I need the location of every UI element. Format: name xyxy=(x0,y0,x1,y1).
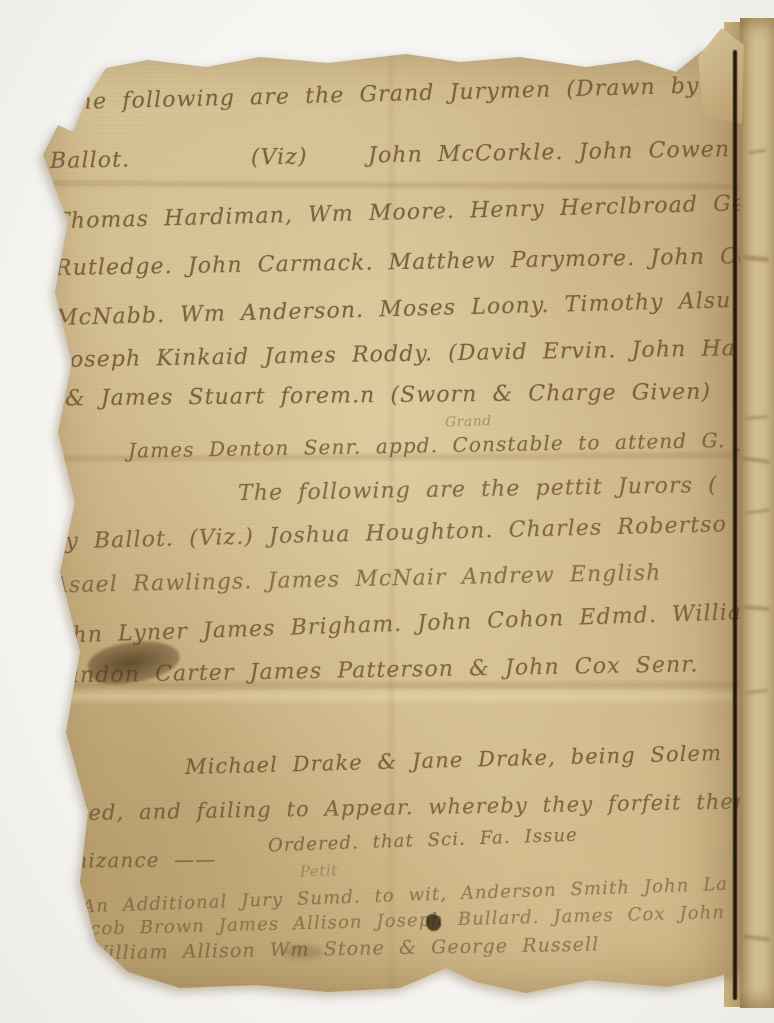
manuscript-line: = nizance —— xyxy=(42,847,217,873)
manuscript-line: The following are the pettit Jurors ( xyxy=(238,473,718,506)
faint-writing-mark xyxy=(746,689,768,694)
faint-writing-mark xyxy=(742,456,770,464)
manuscript-line: Called, and failing to Appear. whereby t… xyxy=(42,788,774,825)
manuscript-page-wrap: The following are the Grand Jurymen (Dra… xyxy=(28,30,740,1005)
fold-crease-highlight xyxy=(28,692,740,701)
paper-stain xyxy=(283,945,323,959)
binding-gutter xyxy=(733,50,737,1000)
fold-crease xyxy=(28,181,740,189)
manuscript-page: The following are the Grand Jurymen (Dra… xyxy=(28,30,740,1005)
manuscript-line: William Allison Wm Stone & George Russel… xyxy=(88,934,600,965)
manuscript-line: Thomas Hardiman, Wm Moore. Henry Herclbr… xyxy=(55,191,761,234)
manuscript-line: Michael Drake & Jane Drake, being Solem xyxy=(185,741,723,779)
facing-page xyxy=(740,18,774,1008)
faint-writing-mark xyxy=(743,934,770,941)
vertical-crease xyxy=(390,30,393,1005)
manuscript-line: Asael Rawlings. James McNair Andrew Engl… xyxy=(52,561,662,599)
faint-writing-mark xyxy=(745,415,769,420)
manuscript-line: Ordered. that Sci. Fa. Issue xyxy=(268,825,579,857)
manuscript-line: The following are the Grand Jurymen (Dra… xyxy=(62,74,700,116)
manuscript-line: & James Stuart forem.n (Sworn & Charge G… xyxy=(65,380,711,412)
faint-writing-mark xyxy=(743,255,769,263)
manuscript-line: By Ballot. (Viz.) Joshua Houghton. Charl… xyxy=(48,512,727,555)
interlined-word: Petit xyxy=(300,861,338,880)
interlined-word: Grand xyxy=(445,413,492,431)
faint-writing-mark xyxy=(744,605,770,611)
manuscript-line: Joseph Kinkaid James Roddy. (David Ervin… xyxy=(60,336,736,373)
faint-writing-mark xyxy=(746,509,770,515)
faint-writing-mark xyxy=(748,149,766,154)
manuscript-line: Rutledge. John Carmack. Matthew Parymore… xyxy=(55,244,753,281)
manuscript-line: McNabb. Wm Anderson. Moses Loony. Timoth… xyxy=(55,288,732,331)
paper-stain xyxy=(426,914,441,931)
